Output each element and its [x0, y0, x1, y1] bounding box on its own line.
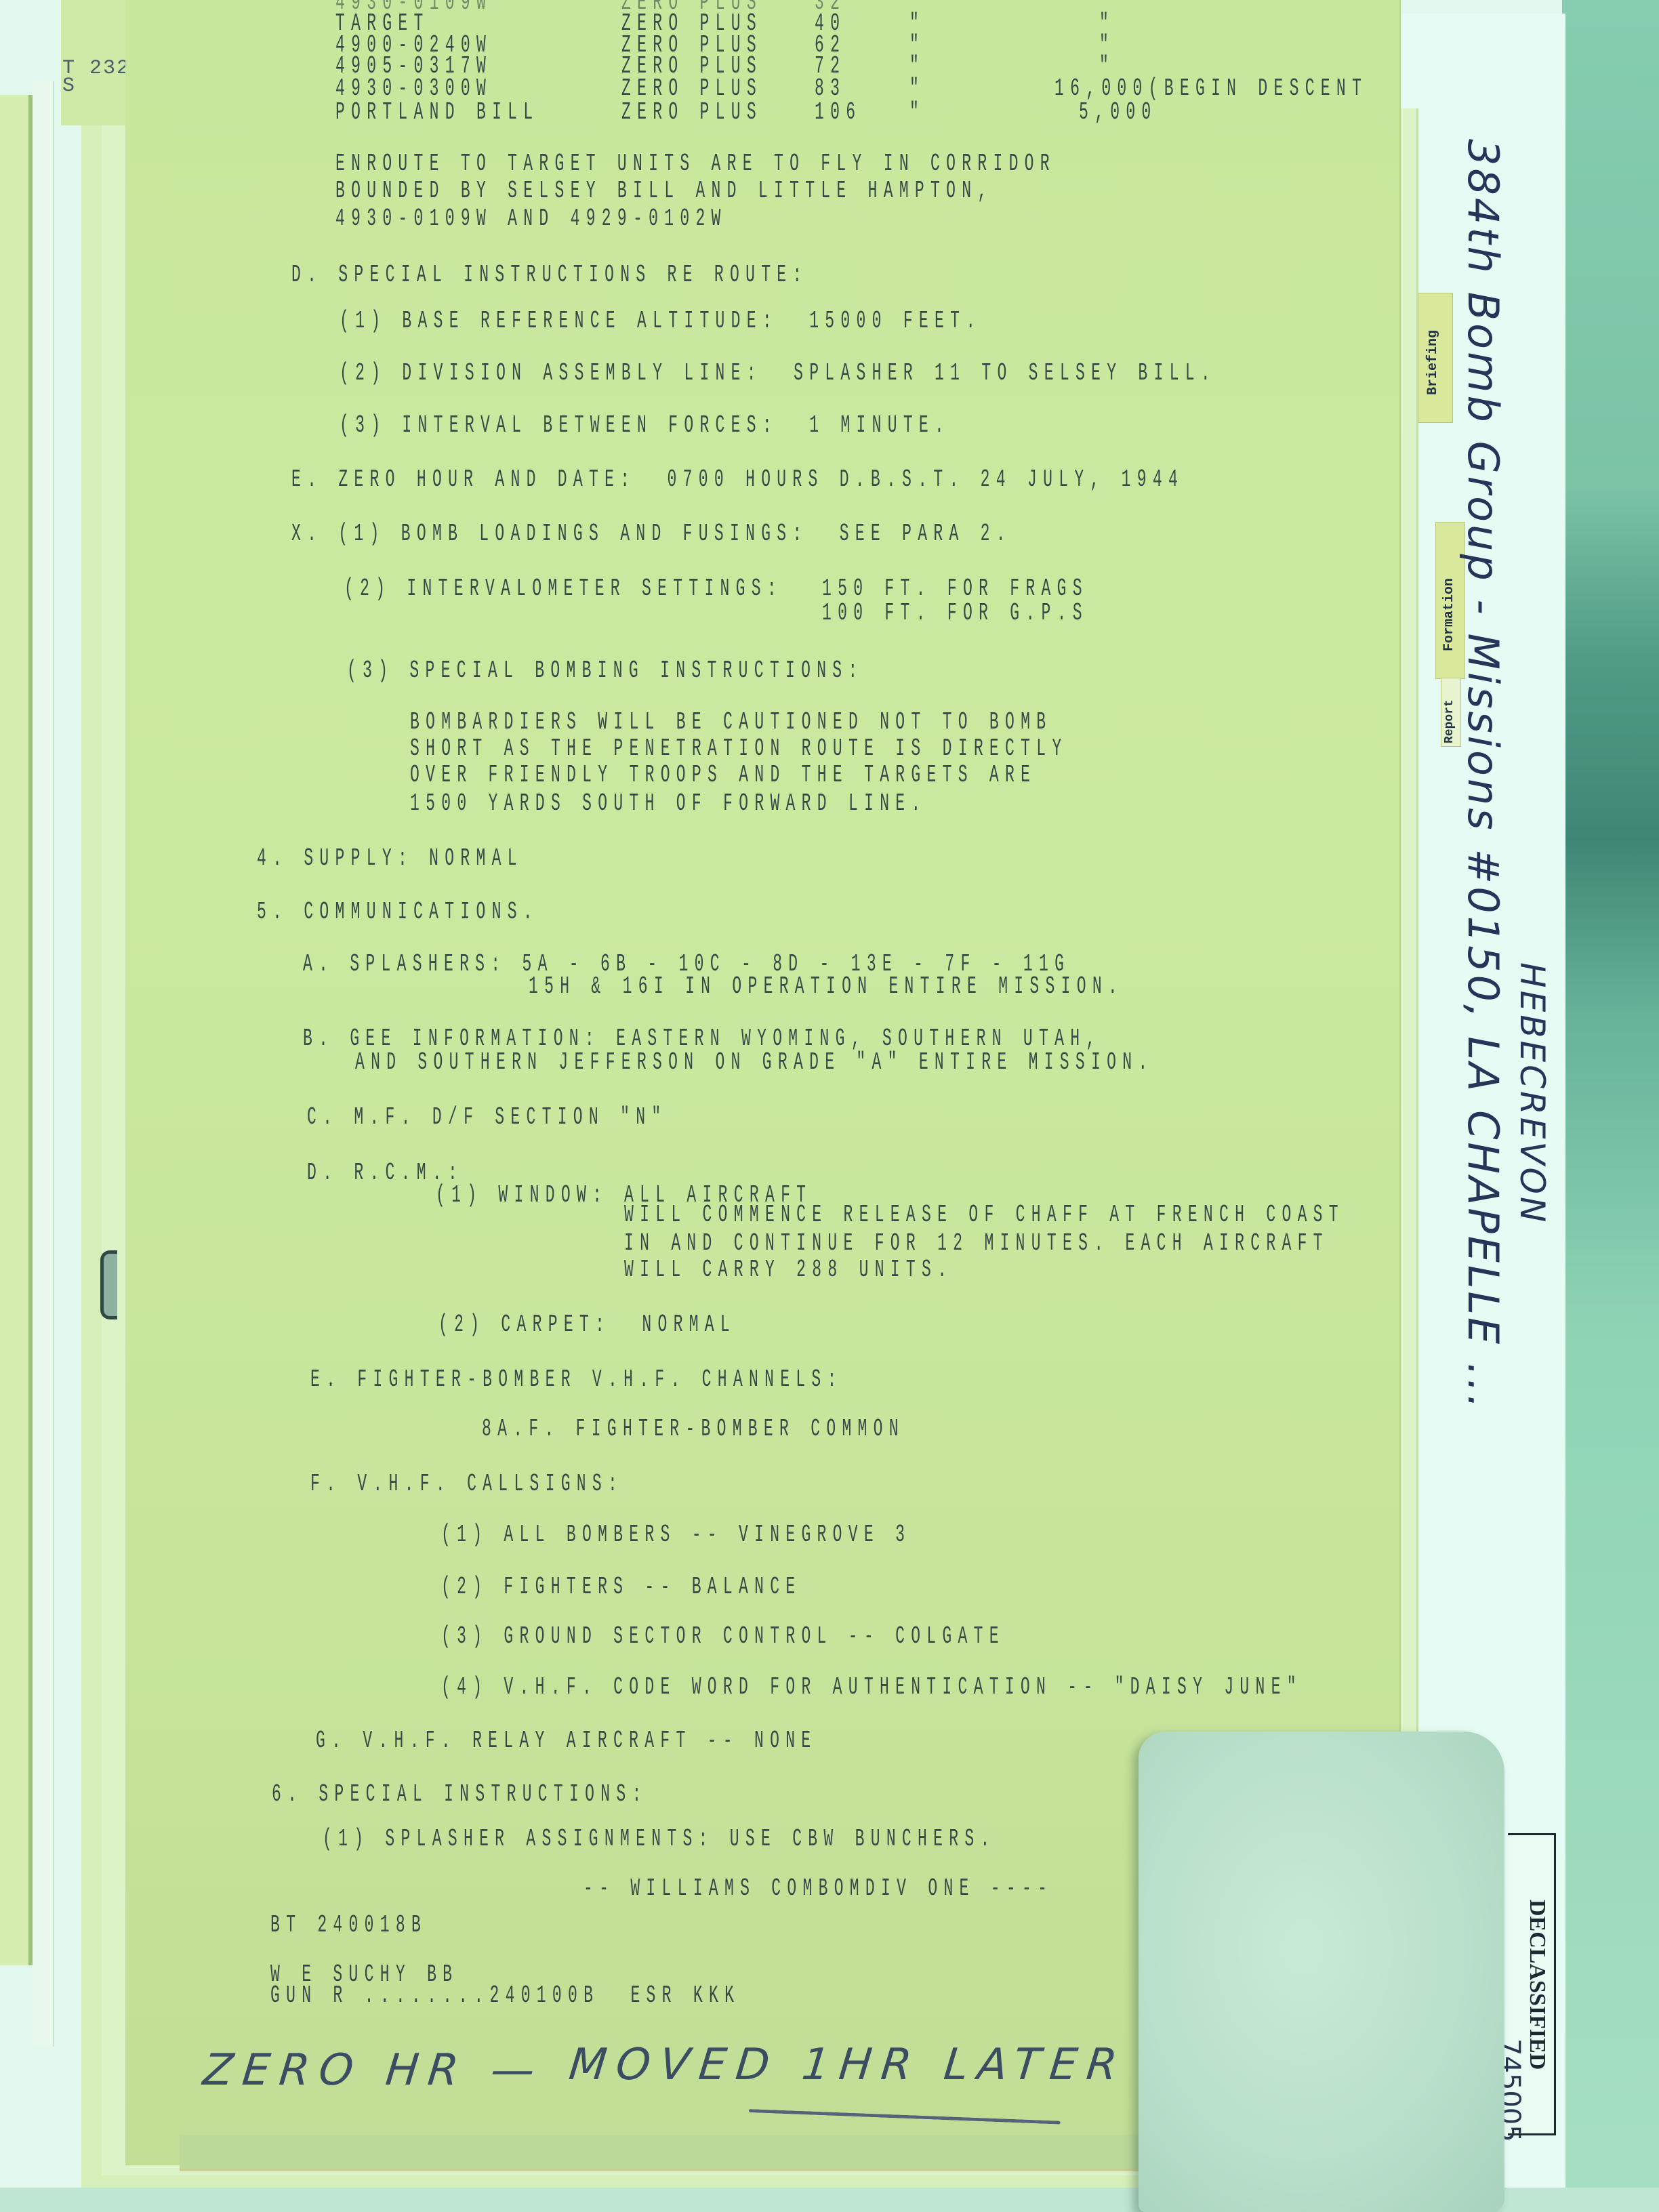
signature-line: -- WILLIAMS COMBOMDIV ONE ---- — [583, 1877, 1053, 1901]
enroute-note-line: BOUNDED BY SELSEY BILL AND LITTLE HAMPTO… — [335, 179, 993, 203]
window-line: WILL CARRY 288 UNITS. — [624, 1258, 953, 1282]
enroute-note-line: 4930-0109W AND 4929-0102W — [335, 207, 727, 231]
vhf-channels-heading: E. FIGHTER-BOMBER V.H.F. CHANNELS: — [310, 1368, 843, 1392]
zero-hour-line: E. ZERO HOUR AND DATE: 0700 HOURS D.B.S.… — [291, 468, 1184, 492]
window-label: (1) WINDOW: — [436, 1183, 608, 1208]
bombing-instructions-heading: (3) SPECIAL BOMBING INSTRUCTIONS: — [347, 659, 864, 683]
handwritten-note-right: MOVED 1HR LATER — [567, 2040, 1129, 2090]
stub-sheet-text: T 232 S — [62, 60, 130, 95]
intervalometer-label: (2) INTERVALOMETER SETTINGS: — [344, 577, 783, 601]
section-d-item: (1) BASE REFERENCE ALTITUDE: 15000 FEET. — [340, 309, 981, 333]
callsigns-heading: F. V.H.F. CALLSIGNS: — [310, 1472, 623, 1496]
supply-line: 4. SUPPLY: NORMAL — [257, 846, 523, 871]
route-table-cell-col5: 16,000(BEGIN DESCENT — [1054, 77, 1368, 101]
window-line: WILL COMMENCE RELEASE OF CHAFF AT FRENCH… — [624, 1203, 1345, 1227]
enroute-note-line: ENROUTE TO TARGET UNITS ARE TO FLY IN CO… — [335, 152, 1056, 176]
route-table-cell-checkpoint: PORTLAND BILL — [335, 100, 539, 125]
intervalometer-value: 100 FT. FOR G.P.S — [822, 601, 1088, 626]
vhf-channels-line: 8A.F. FIGHTER-BOMBER COMMON — [482, 1417, 905, 1441]
callsign-item: (1) ALL BOMBERS -- VINEGROVE 3 — [441, 1523, 911, 1547]
bomb-loadings-line: X. (1) BOMB LOADINGS AND FUSINGS: SEE PA… — [291, 522, 1012, 546]
splashers-line: 15H & 16I IN OPERATION ENTIRE MISSION. — [529, 975, 1124, 999]
route-table-cell-time: ZERO PLUS — [621, 100, 762, 125]
dark-cloth-background — [1562, 0, 1659, 2212]
binder-clip-icon — [100, 1250, 117, 1319]
relay-aircraft-line: G. V.H.F. RELAY AIRCRAFT -- NONE — [316, 1729, 817, 1753]
adjacent-sheet-edge — [33, 81, 54, 2047]
folder-tab-label: Report — [1443, 699, 1456, 743]
route-table-cell-minutes: 106 — [815, 100, 861, 125]
folder-tab-briefing[interactable]: Briefing — [1418, 293, 1453, 423]
declassified-stamp: DECLASSIFIED 745005 — [1508, 1833, 1556, 2135]
bombing-instructions-line: 1500 YARDS SOUTH OF FORWARD LINE. — [410, 792, 927, 816]
bombing-instructions-line: SHORT AS THE PENETRATION ROUTE IS DIRECT… — [410, 737, 1067, 761]
carpet-line: (2) CARPET: NORMAL — [438, 1313, 736, 1337]
declassified-label: DECLASSIFIED — [1524, 1900, 1550, 2070]
bombing-instructions-line: BOMBARDIERS WILL BE CAUTIONED NOT TO BOM… — [410, 710, 1052, 735]
callsign-item: (2) FIGHTERS -- BALANCE — [441, 1575, 801, 1599]
folder-tab-label: Briefing — [1425, 330, 1441, 395]
section-d-item: (3) INTERVAL BETWEEN FORCES: 1 MINUTE. — [340, 413, 950, 438]
mf-df-line: C. M.F. D/F SECTION "N" — [307, 1105, 667, 1130]
adjacent-document-edge — [0, 95, 33, 1965]
intervalometer-value: 150 FT. FOR FRAGS — [822, 577, 1088, 601]
handwritten-note-left: ZERO HR — — [201, 2045, 546, 2095]
gee-info-line: AND SOUTHERN JEFFERSON ON GRADE "A" ENTI… — [355, 1050, 1153, 1075]
window-line: IN AND CONTINUE FOR 12 MINUTES. EACH AIR… — [624, 1231, 1329, 1256]
splasher-assignments-line: (1) SPLASHER ASSIGNMENTS: USE CBW BUNCHE… — [323, 1827, 996, 1851]
route-table-cell-checkpoint: 4930-0300W — [335, 77, 492, 101]
gee-info-line: B. GEE INFORMATION: EASTERN WYOMING, SOU… — [303, 1027, 1101, 1051]
route-table-cell-time: ZERO PLUS — [621, 77, 762, 101]
route-table-cell-minutes: 83 — [815, 77, 846, 101]
operator-line: GUN R ........240100B ESR KKK — [270, 1984, 740, 2008]
route-table-cell-col4: " — [909, 100, 925, 125]
cloth-weight — [1139, 1732, 1504, 2212]
folder-label-handwritten-2: HEBECREVON — [1513, 962, 1552, 1225]
folder-tab-label: Formation — [1441, 578, 1457, 651]
bt-line: BT 240018B — [270, 1913, 427, 1938]
section-d-item: (2) DIVISION ASSEMBLY LINE: SPLASHER 11 … — [340, 361, 1216, 386]
callsign-item: (3) GROUND SECTOR CONTROL -- COLGATE — [441, 1624, 1005, 1649]
route-table-cell-col4: " — [909, 77, 925, 101]
section-d-heading: D. SPECIAL INSTRUCTIONS RE ROUTE: — [291, 263, 808, 287]
communications-heading: 5. COMMUNICATIONS. — [257, 900, 539, 924]
folder-label-handwritten: 384th Bomb Group - Missions #0150, LA CH… — [1458, 139, 1508, 1411]
bombing-instructions-line: OVER FRIENDLY TROOPS AND THE TARGETS ARE — [410, 763, 1036, 787]
special-instructions-heading: 6. SPECIAL INSTRUCTIONS: — [272, 1782, 648, 1807]
callsign-item: (4) V.H.F. CODE WORD FOR AUTHENTICATION … — [441, 1675, 1303, 1700]
route-table-cell-col5: 5,000 — [1079, 100, 1158, 125]
